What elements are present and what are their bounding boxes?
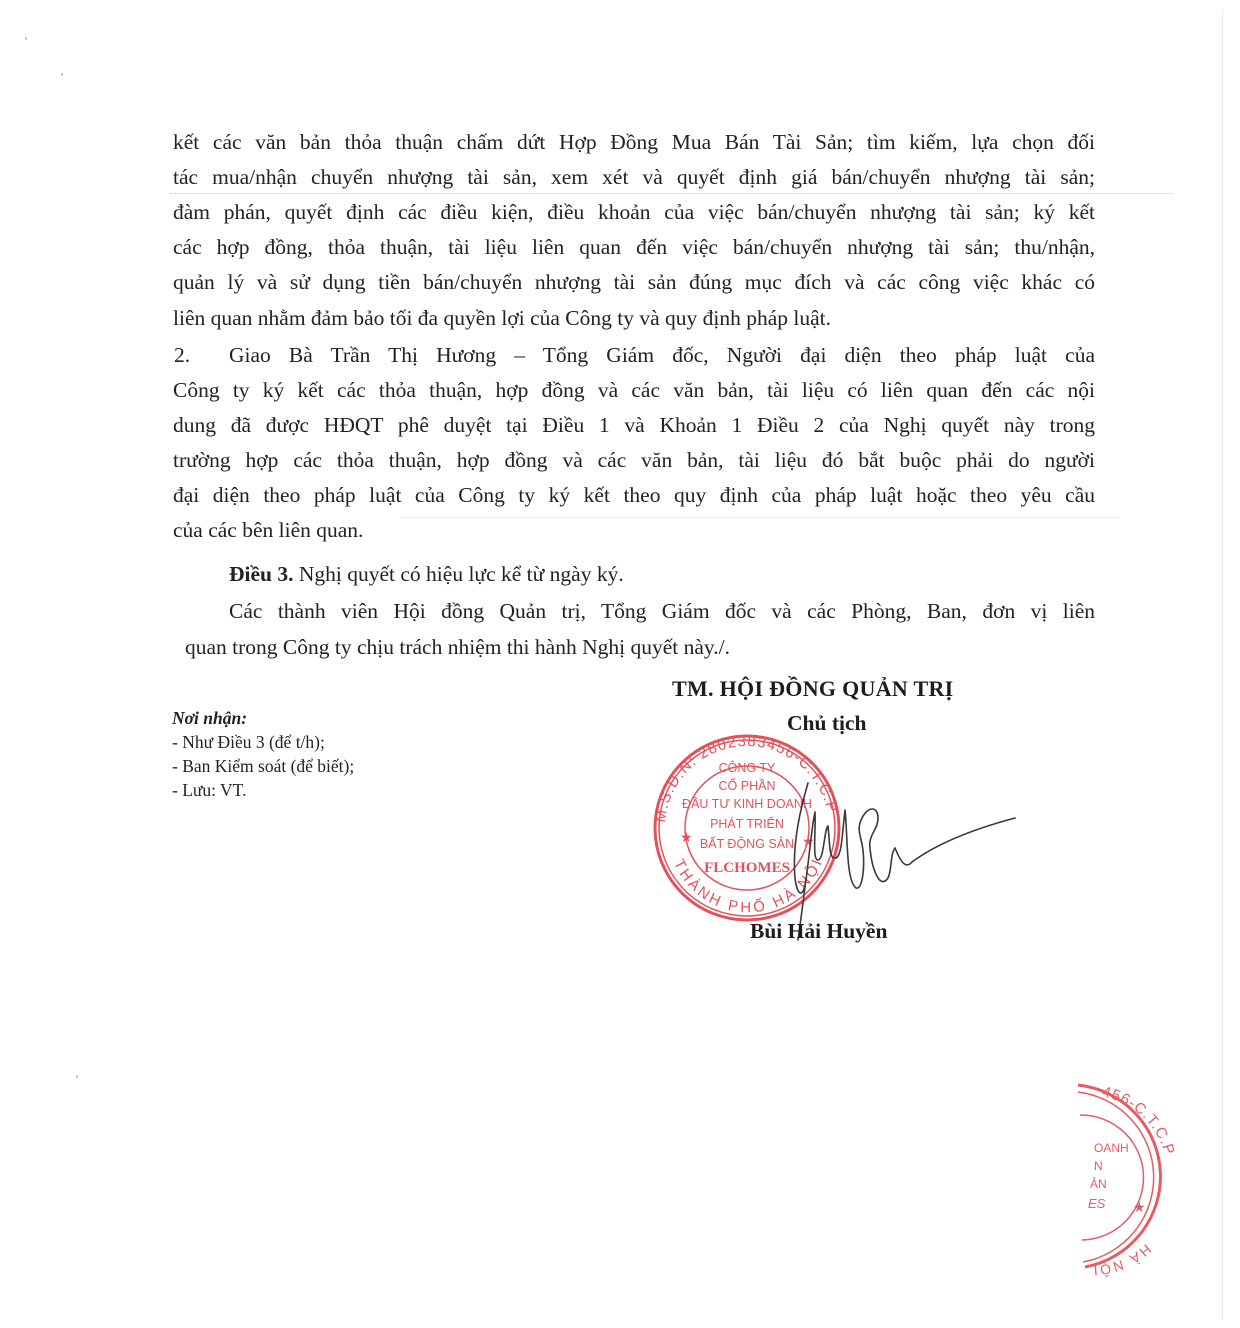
stamp-center-line: BẤT ĐỘNG SẢN	[700, 836, 794, 851]
corner-stamp-ring-bottom: HÀ NỘI	[1091, 1241, 1154, 1279]
stamp-center-line: CỔ PHẦN	[719, 778, 776, 793]
corner-stamp-fragment: OANH	[1094, 1141, 1129, 1155]
stamp-and-signature: M.S.D.N: 2802383456-C.T.C.P THÀNH PHỐ HÀ…	[0, 0, 1240, 1328]
corner-stamp-fragment: ES	[1088, 1196, 1106, 1211]
signatory-name: Bùi Hải Huyền	[750, 916, 887, 946]
star-icon: ★	[680, 829, 693, 845]
stamp-center-line: PHÁT TRIỂN	[710, 816, 784, 831]
document-page: kết các văn bản thỏa thuận chấm dứt Hợp …	[0, 0, 1240, 1328]
corner-stamp-fragment: ẢN	[1090, 1176, 1107, 1191]
stamp-brand: FLCHOMES	[704, 860, 790, 876]
corner-stamp: 456-C.T.C.P ★ HÀ NỘI OANH N ẢN ES	[1078, 1083, 1178, 1279]
star-icon: ★	[1133, 1199, 1146, 1215]
corner-stamp-fragment: N	[1094, 1159, 1103, 1173]
stamp-center-line: CÔNG TY	[719, 760, 776, 775]
stamp-center-line: ĐẦU TƯ KINH DOANH	[682, 796, 812, 811]
star-icon: ★	[802, 833, 815, 849]
